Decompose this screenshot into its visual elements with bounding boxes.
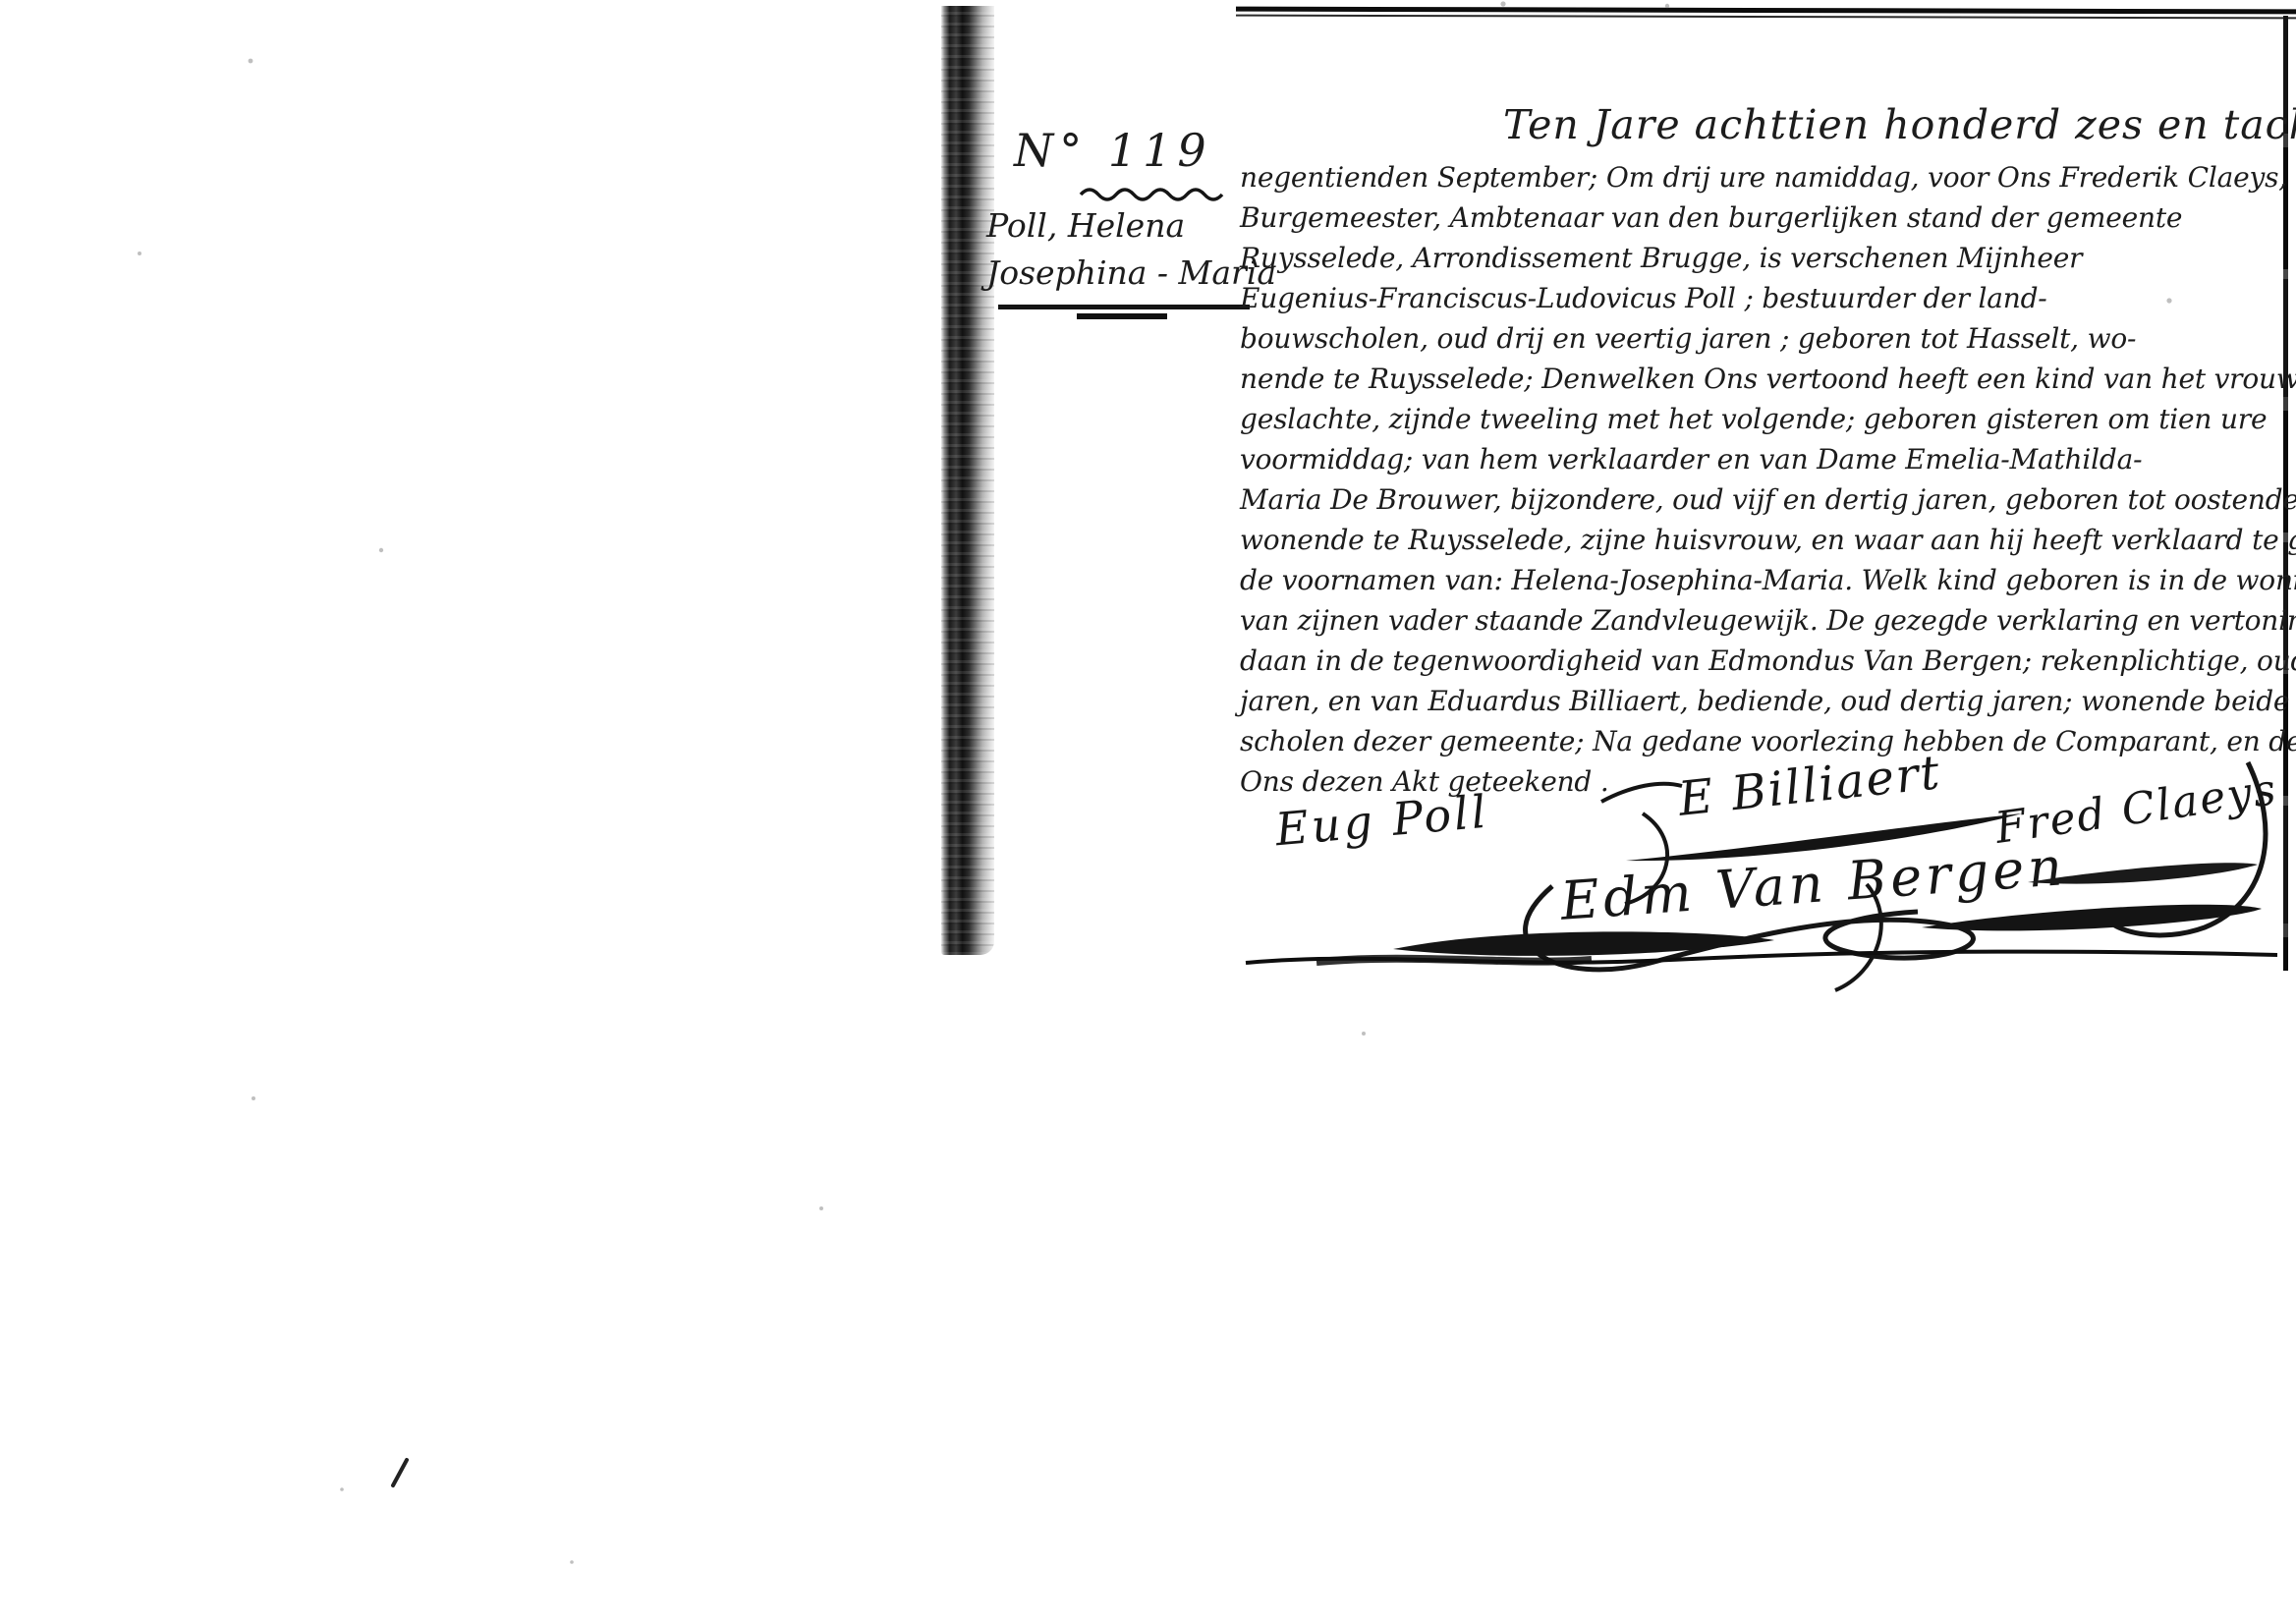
act-line: Ruysselede, Arrondissement Brugge, is ve…: [1240, 238, 2286, 278]
act-line: nende te Ruysselede; Denwelken Ons verto…: [1240, 359, 2286, 399]
act-line: bouwscholen, oud drij en veertig jaren ;…: [1240, 318, 2286, 359]
bottom-separator-line: [1246, 952, 2277, 963]
act-number-squiggle-underline: [1081, 190, 1222, 199]
act-line: de voornamen van: Helena-Josephina-Maria…: [1240, 560, 2286, 600]
act-line: voormiddag; van hem verklaarder en van D…: [1240, 439, 2286, 479]
act-line: Maria De Brouwer, bijzondere, oud vijf e…: [1240, 479, 2286, 520]
margin-underline-long: [998, 305, 1250, 309]
bottom-separator-thickening: [1316, 959, 1592, 962]
act-line: geslachte, zijnde tweeling met het volge…: [1240, 399, 2286, 439]
act-line: negentienden September; Om drij ure nami…: [1240, 157, 2286, 197]
act-line: scholen dezer gemeente; Na gedane voorle…: [1240, 721, 2286, 761]
vanbergen-under-sweep: [1393, 931, 1774, 956]
act-number-prefix: N°: [1014, 124, 1088, 177]
act-line: Burgemeester, Ambtenaar van den burgerli…: [1240, 197, 2286, 238]
act-text-block: Ten Jare achttien honderd zes en tachtig…: [1240, 94, 2286, 802]
act-number: N° 119: [1014, 124, 1212, 177]
top-double-rule: [1236, 7, 2296, 20]
scanned-register-page: N° 119 Poll, Helena Josephina - Maria Te…: [0, 0, 2296, 1624]
signature-edm-van-bergen: Edm Van Bergen: [1558, 835, 2067, 932]
act-line: Eugenius-Franciscus-Ludovicus Poll ; bes…: [1240, 278, 2286, 318]
margin-underline-short: [1077, 313, 1167, 319]
act-line: wonende te Ruysselede, zijne huisvrouw, …: [1240, 520, 2286, 560]
act-line: jaren, en van Eduardus Billiaert, bedien…: [1240, 681, 2286, 721]
act-number-value: 119: [1108, 124, 1212, 177]
binding-gutter-strip: [941, 6, 994, 955]
claeys-lens-stroke: [1922, 905, 2262, 931]
act-line: van zijnen vader staande Zandvleugewijk.…: [1240, 600, 2286, 641]
margin-name-line1: Poll, Helena: [986, 206, 1185, 245]
act-line: Ten Jare achttien honderd zes en tachtig…: [1240, 94, 2286, 157]
act-line: daan in de tegenwoordigheid van Edmondus…: [1240, 641, 2286, 681]
stray-slash-mark: [393, 1460, 407, 1485]
top-rule-thick-line: [1236, 7, 2296, 15]
top-rule-thin-line: [1236, 15, 2296, 20]
margin-name-line2: Josephina - Maria: [986, 253, 1276, 292]
